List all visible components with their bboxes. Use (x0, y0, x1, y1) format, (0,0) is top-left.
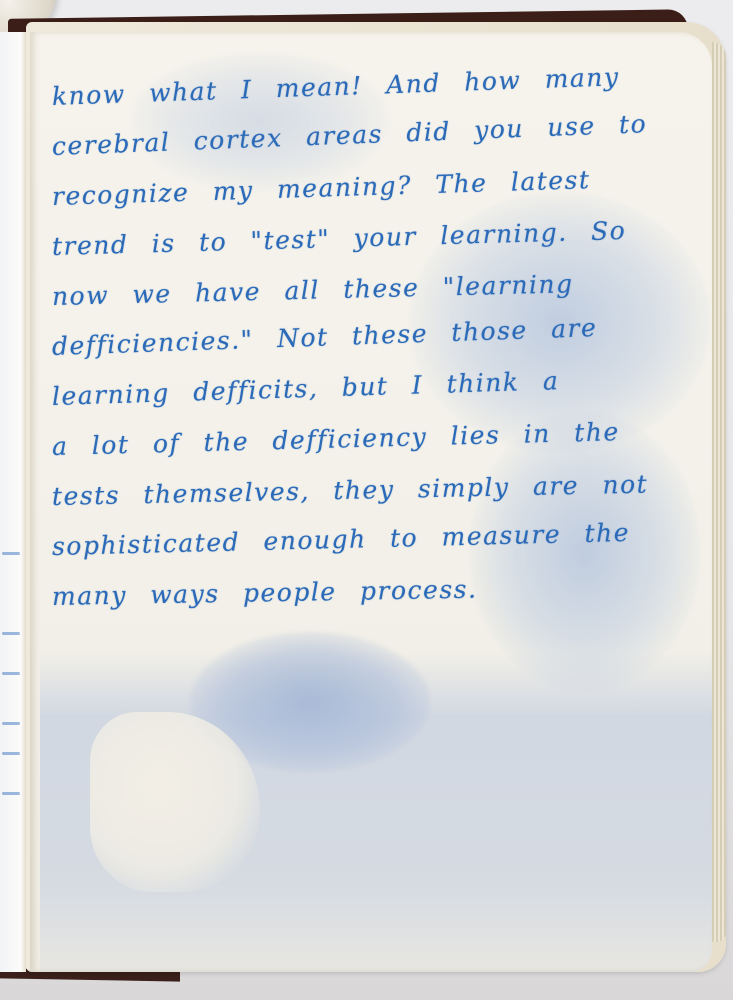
ink-mark (2, 722, 20, 725)
notebook-page: know what I mean! And how many cerebral … (30, 32, 712, 972)
left-facing-page (0, 32, 26, 972)
text-line: many ways people process. (52, 561, 663, 622)
ink-mark (2, 632, 20, 635)
ink-mark (2, 792, 20, 795)
ink-mark (2, 672, 20, 675)
ink-mark (2, 552, 20, 555)
ink-mark (2, 752, 20, 755)
handwritten-text: know what I mean! And how many cerebral … (52, 72, 662, 622)
